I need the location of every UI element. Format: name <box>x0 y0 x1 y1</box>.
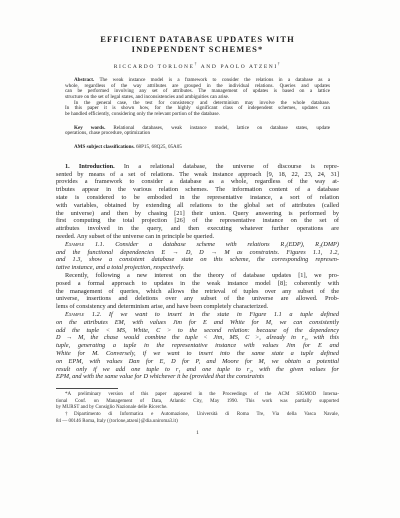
text-line: EPM, and with the same value for D which… <box>56 373 339 381</box>
text-line: D → M, the chase would combine the tuple… <box>56 334 339 342</box>
author-2-footnote-mark: † <box>278 62 282 66</box>
text-line: †Dipartimento di Informatica e Automazio… <box>56 412 339 419</box>
footnotes: *A preliminary version of this paper app… <box>56 392 339 425</box>
text-line: provides a framework to consider a datab… <box>56 178 339 186</box>
text-line: universe, insertions and deletions over … <box>56 295 339 303</box>
author-1: RICCARDO TORLONE <box>114 64 195 70</box>
text-line: and 1.3, show a consistent database stat… <box>56 256 339 264</box>
intro-paragraph-2: Recently, following a new interest on th… <box>56 272 339 311</box>
ams-line: AMS subject classifications. 68P15, 68Q2… <box>65 145 330 151</box>
footnote-rule <box>56 388 118 389</box>
text-line: the management of queries, which allows … <box>56 288 339 296</box>
abstract-label: Abstract. <box>74 77 94 83</box>
example-1-1-lines: and the functional dependencies E → D, D… <box>56 249 339 272</box>
author-2: PAOLO ATZENI <box>220 64 277 70</box>
text-line: on EPM, with values Dan for E, D for P, … <box>56 358 339 366</box>
text-line: sented by means of a set of relations. T… <box>56 171 339 179</box>
keywords-rest: operations, chase procedure, optimizatio… <box>65 131 330 137</box>
footnote-dagger: †Dipartimento di Informatica e Automazio… <box>56 412 339 425</box>
text-line: and the functional dependencies E → D, D… <box>56 249 339 257</box>
paper-title: EFFICIENT DATABASE UPDATES WITH INDEPEND… <box>56 35 339 54</box>
keywords-section: Key words. Relational databases, weak in… <box>65 126 330 137</box>
abstract-paragraph-1: whole, regardless of the way attributes … <box>65 84 330 101</box>
footnote-star: *A preliminary version of this paper app… <box>56 392 339 412</box>
example-1-2: Example 1.2. If we want to insert in the… <box>56 311 339 381</box>
page-number: 1 <box>56 430 339 436</box>
paper-page: EFFICIENT DATABASE UPDATES WITH INDEPEND… <box>0 0 400 518</box>
abstract-paragraph-2: In the general case, the test for consis… <box>65 101 330 118</box>
example-1-1: Example 1.1. Consider a database scheme … <box>56 241 339 272</box>
intro-paragraph-1: 1. Introduction. In a relational databas… <box>56 163 339 241</box>
text-line: attributes involved in the query, and th… <box>56 225 339 233</box>
abstract-section: Abstract. The weak instance model is a f… <box>65 78 330 118</box>
example-1-1-label: Example 1.1. <box>65 241 104 248</box>
example-1-2-first-text: If we want to insert in the state in Fig… <box>109 311 339 318</box>
text-line: tional Conf. on Management of Data, Atla… <box>56 399 339 406</box>
text-line: tative instance, and a total projection,… <box>56 264 339 272</box>
text-line: tuple, generating a tuple in the represe… <box>56 342 339 350</box>
text-line: operations, chase procedure, optimizatio… <box>65 131 330 137</box>
text-line: lems of consistency and determinism aris… <box>56 303 339 311</box>
text-line: first computing the total projection [26… <box>56 217 339 225</box>
intro-first-text: In a relational database, the universe o… <box>124 163 339 170</box>
title-line-2: INDEPENDENT SCHEMES* <box>56 45 339 55</box>
example-1-2-lines: on the attributes EM, with values Jim fo… <box>56 319 339 381</box>
text-line: be handled efficiently, considering only… <box>65 112 330 118</box>
text-line: result only if we add one tuple to r₁ an… <box>56 366 339 374</box>
example-1-1-first-line: Example 1.1. Consider a database scheme … <box>56 241 339 249</box>
text-line: Recently, following a new interest on th… <box>56 272 339 280</box>
text-line: the universe) and then by chasing [21] t… <box>56 210 339 218</box>
text-line: tributes appear in the various relation … <box>56 186 339 194</box>
intro-paragraph-1-lines: sented by means of a set of relations. T… <box>56 171 339 241</box>
example-1-2-label: Example 1.2. <box>65 311 101 318</box>
text-line: 84 — 00146 Roma, Italy ({torlone,atzeni}… <box>56 419 339 426</box>
section-heading: 1. Introduction. <box>65 163 115 170</box>
ams-classifications: AMS subject classifications. 68P15, 68Q2… <box>65 145 330 151</box>
text-line: state is considered to be embodied in th… <box>56 194 339 202</box>
text-line: *A preliminary version of this paper app… <box>56 392 339 399</box>
text-line: White for M. Conversely, if we want to i… <box>56 350 339 358</box>
text-line: by MURST and by Consiglio Nazionale dell… <box>56 405 339 412</box>
text-line: with variables, obtained by extending al… <box>56 202 339 210</box>
abstract-first-text: The weak instance model is a framework t… <box>99 77 330 83</box>
ams-codes: 68P15, 68Q25, 05A05 <box>136 144 182 150</box>
text-line: posed a formal approach to updates in th… <box>56 280 339 288</box>
intro-first-line: 1. Introduction. In a relational databas… <box>56 163 339 171</box>
example-1-2-first-line: Example 1.2. If we want to insert in the… <box>56 311 339 319</box>
text-line: needed. Any subset of the universe can i… <box>56 233 339 241</box>
introduction-section: 1. Introduction. In a relational databas… <box>56 163 339 381</box>
text-line: on the attributes EM, with values Jim fo… <box>56 319 339 327</box>
text-line: add the tuple < MS, White, C > to the se… <box>56 327 339 335</box>
ams-label: AMS subject classifications. <box>74 144 135 150</box>
authors-separator: AND <box>198 64 220 70</box>
example-1-1-first-text: Consider a database scheme with relation… <box>115 241 339 248</box>
authors-line: RICCARDO TORLONE† AND PAOLO ATZENI† <box>56 62 339 70</box>
